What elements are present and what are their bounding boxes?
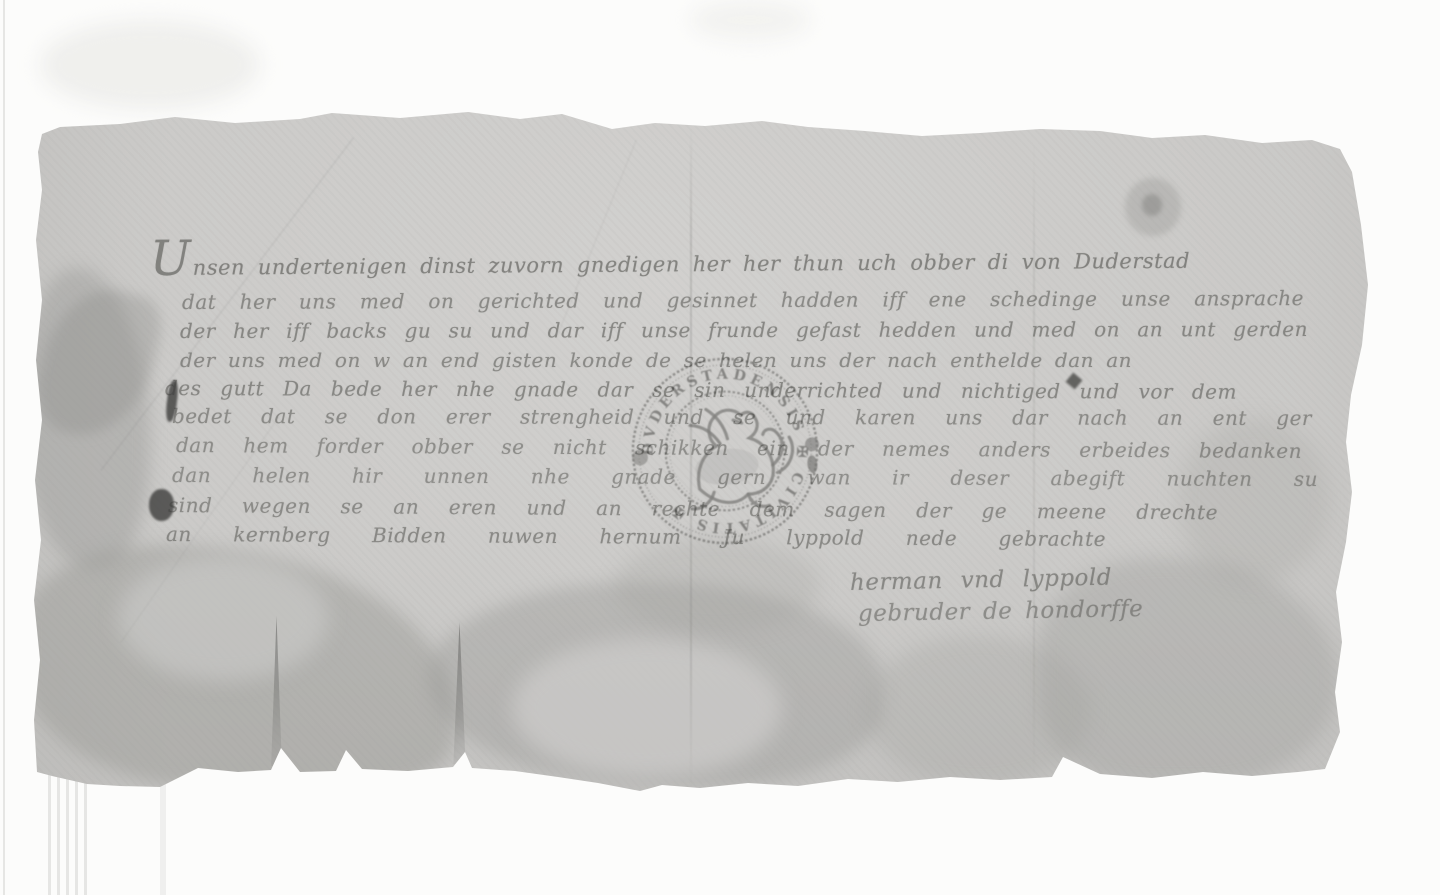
- city-seal-stamp: DVDERSTADENSIS ✠ CIVITATIS ✠: [614, 339, 835, 564]
- signature-line: herman vnd lyppold: [850, 565, 1112, 596]
- manuscript-paper: Unsen undertenigen dinst zuvorn gnedigen…: [0, 0, 1440, 895]
- water-stain-highlight: [512, 638, 782, 778]
- water-stain-highlight: [118, 556, 328, 681]
- water-stain: [1142, 194, 1162, 216]
- handwriting-line: der her iff backs gu su und dar iff unse…: [180, 317, 1308, 343]
- ink-blot: [149, 489, 174, 521]
- handwriting-line: dat her uns med on gerichted und gesinne…: [182, 286, 1304, 314]
- scanner-edge-line: [3, 0, 5, 895]
- water-stain: [866, 636, 1091, 786]
- scan-smudge: [690, 0, 810, 40]
- scanner-stripe-artifact: [160, 770, 166, 895]
- signature-line: gebruder de hondorffe: [858, 597, 1104, 627]
- scan-smudge: [40, 20, 260, 110]
- handwriting-line: Unsen undertenigen dinst zuvorn gnedigen…: [150, 239, 1190, 280]
- seal-center-smudge: [693, 445, 760, 488]
- seal-graphic: DVDERSTADENSIS ✠ CIVITATIS ✠: [614, 339, 835, 564]
